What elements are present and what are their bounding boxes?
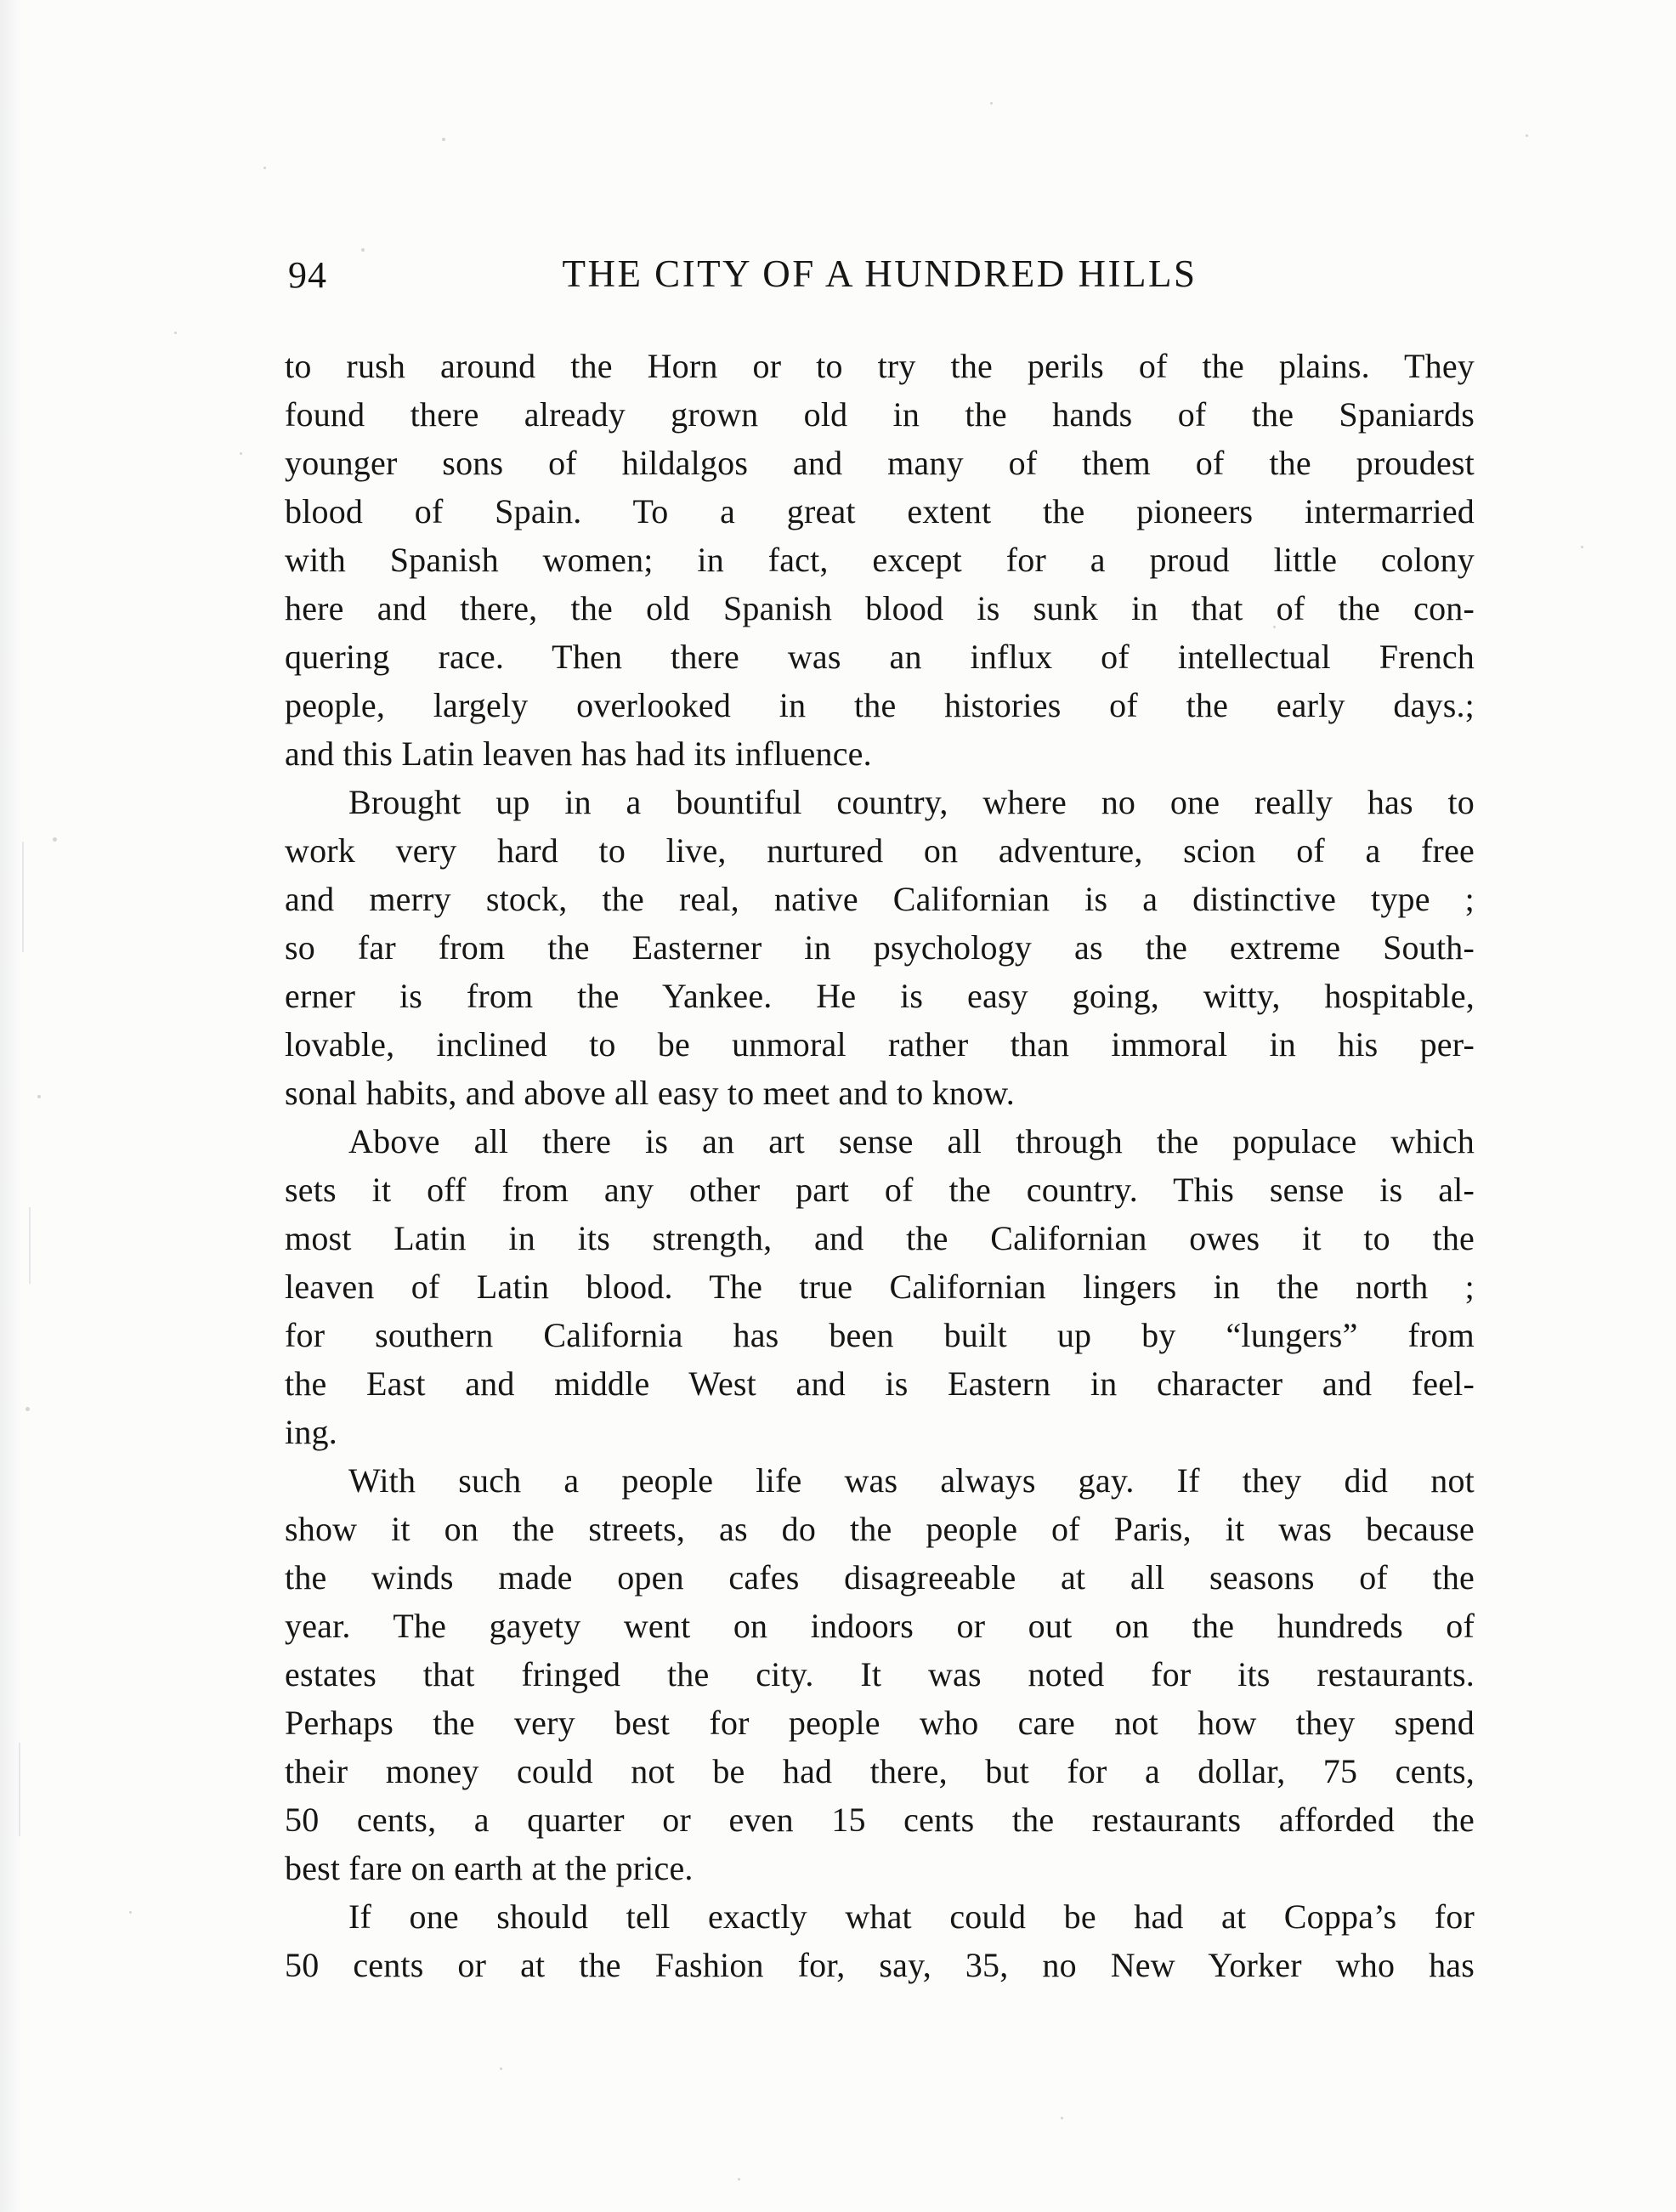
page-title: THE CITY OF A HUNDRED HILLS	[285, 252, 1475, 296]
scan-speck	[53, 837, 57, 842]
text-line: Perhaps the very best for people who car…	[285, 1699, 1475, 1747]
scan-speck	[1526, 134, 1528, 137]
text-line: their money could not be had there, but …	[285, 1747, 1475, 1795]
scan-streak	[22, 842, 24, 952]
scan-speck	[129, 1911, 132, 1914]
scan-speck	[174, 332, 177, 334]
scan-speck	[500, 2067, 502, 2070]
scan-speck	[1581, 546, 1583, 548]
text-line: 50 cents or at the Fashion for, say, 35,…	[285, 1941, 1475, 1989]
text-line: here and there, the old Spanish blood is…	[285, 584, 1475, 632]
text-line: If one should tell exactly what could be…	[285, 1892, 1475, 1941]
text-line: so far from the Easterner in psychology …	[285, 923, 1475, 972]
text-line: leaven of Latin blood. The true Californ…	[285, 1262, 1475, 1311]
scan-speck	[240, 452, 242, 455]
text-line: most Latin in its strength, and the Cali…	[285, 1214, 1475, 1262]
text-line: found there already grown old in the han…	[285, 390, 1475, 439]
text-line: blood of Spain. To a great extent the pi…	[285, 487, 1475, 536]
text-line: people, largely overlooked in the histor…	[285, 681, 1475, 729]
text-line: and merry stock, the real, native Califo…	[285, 875, 1475, 923]
text-line: year. The gayety went on indoors or out …	[285, 1602, 1475, 1650]
text-line: younger sons of hildalgos and many of th…	[285, 439, 1475, 487]
text-line: best fare on earth at the price.	[285, 1844, 1475, 1892]
text-line: for southern California has been built u…	[285, 1311, 1475, 1359]
text-line: sets it off from any other part of the c…	[285, 1166, 1475, 1214]
text-line: to rush around the Horn or to try the pe…	[285, 342, 1475, 390]
text-line: show it on the streets, as do the people…	[285, 1505, 1475, 1553]
scan-speck	[442, 138, 445, 141]
scan-speck	[361, 248, 365, 252]
text-line: with Spanish women; in fact, except for …	[285, 536, 1475, 584]
text-line: lovable, inclined to be unmoral rather t…	[285, 1020, 1475, 1069]
scan-speck	[738, 2178, 740, 2181]
scan-speck	[37, 1095, 41, 1098]
scan-speck	[25, 1407, 30, 1411]
text-line: and this Latin leaven has had its influe…	[285, 729, 1475, 778]
text-column: to rush around the Horn or to try the pe…	[285, 342, 1475, 1989]
scan-streak	[19, 1743, 20, 1836]
book-page: 94 THE CITY OF A HUNDRED HILLS to rush a…	[0, 0, 1676, 2212]
text-line: quering race. Then there was an influx o…	[285, 632, 1475, 681]
text-line: estates that fringed the city. It was no…	[285, 1650, 1475, 1699]
page-header: 94 THE CITY OF A HUNDRED HILLS	[285, 252, 1475, 303]
text-line: ing.	[285, 1408, 1475, 1456]
text-line: work very hard to live, nurtured on adve…	[285, 826, 1475, 875]
text-line: Brought up in a bountiful country, where…	[285, 778, 1475, 826]
scan-streak	[29, 1207, 31, 1284]
scan-speck	[1061, 2117, 1063, 2119]
scan-speck	[990, 102, 993, 105]
text-line: the winds made open cafes disagreeable a…	[285, 1553, 1475, 1602]
text-line: the East and middle West and is Eastern …	[285, 1359, 1475, 1408]
scan-speck	[1273, 626, 1276, 628]
text-line: erner is from the Yankee. He is easy goi…	[285, 972, 1475, 1020]
text-line: Above all there is an art sense all thro…	[285, 1117, 1475, 1166]
text-line: 50 cents, a quarter or even 15 cents the…	[285, 1795, 1475, 1844]
scan-speck	[263, 167, 266, 169]
text-line: With such a people life was always gay. …	[285, 1456, 1475, 1505]
text-line: sonal habits, and above all easy to meet…	[285, 1069, 1475, 1117]
